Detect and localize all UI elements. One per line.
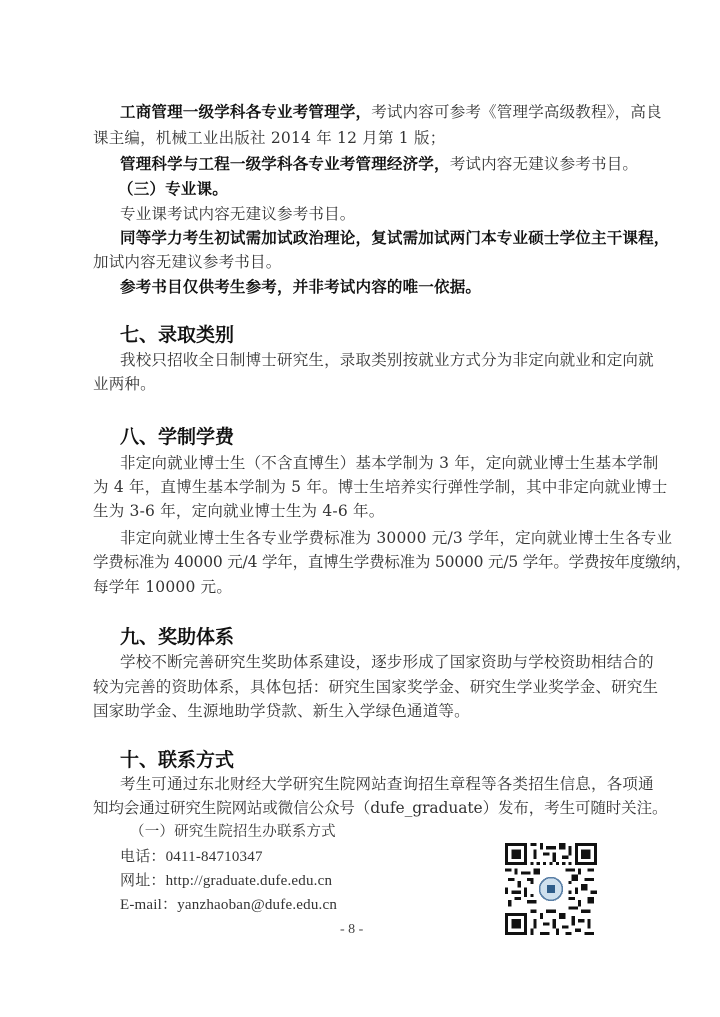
section-heading-admission-category: 七、录取类别 <box>120 322 234 348</box>
document-page: 工商管理一级学科各专业考管理学，考试内容可参考《管理学高级教程》，高良 课主编，… <box>0 0 720 1017</box>
text-line: 我校只招收全日制博士研究生，录取类别按就业方式分为非定向就业和定向就 <box>120 348 630 372</box>
text-line: 考生可通过东北财经大学研究生院网站查询招生章程等各类招生信息，各项通 <box>120 772 630 796</box>
text-line: 学校不断完善研究生奖助体系建设，逐步形成了国家资助与学校资助相结合的 <box>120 650 630 674</box>
contact-subheading: （一）研究生院招生办联系方式 <box>130 820 666 844</box>
text-line: 每学年 10000 元。 <box>93 575 629 599</box>
text-line: 专业课考试内容无建议参考书目。 <box>120 202 630 226</box>
page-number: - 8 - <box>340 922 363 938</box>
section-heading-contact: 十、联系方式 <box>120 747 234 773</box>
qr-code <box>505 843 597 935</box>
text-line: 管理科学与工程一级学科各专业考管理经济学，考试内容无建议参考书目。 <box>120 152 630 176</box>
normal-text: 加试内容无建议参考书目。 <box>93 253 281 271</box>
normal-text: 考试内容无建议参考书目。 <box>450 155 638 173</box>
subheading: （三）专业课。 <box>118 180 228 198</box>
text-line: 国家助学金、生源地助学贷款、新生入学绿色通道等。 <box>93 699 629 723</box>
text-line: 同等学力考生初试需加试政治理论，复试需加试两门本专业硕士学位主干课程， <box>120 226 630 250</box>
normal-text: 课主编，机械工业出版社 2014 年 12 月第 1 版； <box>93 129 445 147</box>
normal-text: 考试内容可参考《管理学高级教程》，高良 <box>371 103 662 121</box>
text-line: 较为完善的资助体系，具体包括：研究生国家奖学金、研究生学业奖学金、研究生 <box>93 675 629 699</box>
text-line: 加试内容无建议参考书目。 <box>93 250 629 274</box>
text-line: 业两种。 <box>93 372 629 396</box>
text-line: 工商管理一级学科各专业考管理学，考试内容可参考《管理学高级教程》，高良 <box>120 100 630 124</box>
bold-text: 工商管理一级学科各专业考管理学， <box>120 103 371 121</box>
bold-text: 参考书目仅供考生参考，并非考试内容的唯一依据。 <box>120 278 481 296</box>
text-line: 非定向就业博士生（不含直博生）基本学制为 3 年，定向就业博士生基本学制 <box>120 451 630 475</box>
bold-text: 管理科学与工程一级学科各专业考管理经济学， <box>120 155 450 173</box>
text-line: 知均会通过研究生院网站或微信公众号（dufe_graduate）发布，考生可随时… <box>93 796 629 820</box>
text-line: （三）专业课。 <box>118 177 654 201</box>
text-line: 为 4 年，直博生基本学制为 5 年。博士生培养实行弹性学制，其中非定向就业博士 <box>93 475 629 499</box>
bold-text: 同等学力考生初试需加试政治理论，复试需加试两门本专业硕士学位主干课程， <box>120 229 670 247</box>
text-line: 非定向就业博士生各专业学费标准为 30000 元/3 学年，定向就业博士生各专业 <box>120 526 630 550</box>
text-line: 课主编，机械工业出版社 2014 年 12 月第 1 版； <box>93 126 629 150</box>
normal-text: 专业课考试内容无建议参考书目。 <box>120 205 356 223</box>
text-line: 参考书目仅供考生参考，并非考试内容的唯一依据。 <box>120 275 630 299</box>
text-line: 学费标准为 40000 元/4 学年，直博生学费标准为 50000 元/5 学年… <box>93 550 629 574</box>
section-heading-tuition: 八、学制学费 <box>120 424 234 450</box>
text-line: 生为 3-6 年，定向就业博士生为 4-6 年。 <box>93 499 629 523</box>
section-heading-scholarships: 九、奖助体系 <box>120 624 234 650</box>
